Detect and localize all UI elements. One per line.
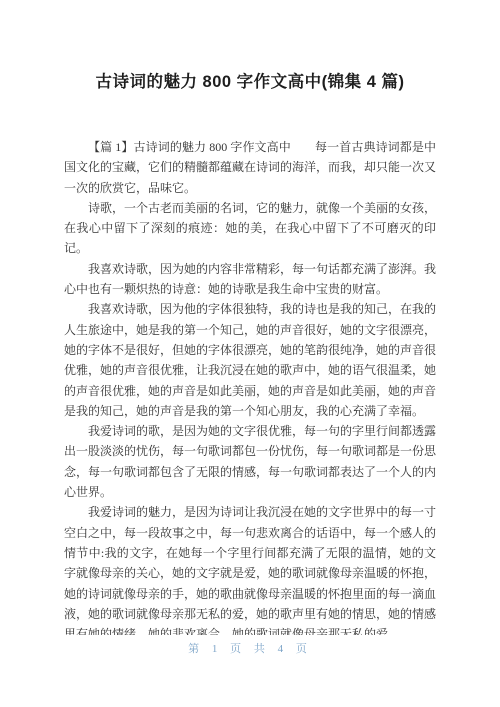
document-page: 古诗词的魅力 800 字作文高中(锦集 4 篇) 【篇 1】古诗词的魅力 800…: [0, 0, 500, 707]
body-paragraph-2: 诗歌，一个古老而美丽的名词，它的魅力，就像一个美丽的女孩，在我心中留下了深刻的痕…: [64, 198, 436, 259]
body-paragraph-5: 我爱诗词的歌，是因为她的文字很优雅，每一句的字里行间都透露出一股淡淡的忧伤，每一…: [64, 421, 436, 502]
page-number-indicator: 第 1 页 共 4 页: [0, 640, 500, 656]
body-paragraph-6: 我爱诗词的魅力，是因为诗词让我沉浸在她的文字世界中的每一寸空白之中，每一段故事之…: [64, 502, 436, 635]
document-body: 【篇 1】古诗词的魅力 800 字作文高中 每一首古典诗词都是中国文化的宝藏，它…: [64, 137, 436, 635]
body-paragraph-4: 我喜欢诗歌，因为他的字体很独特，我的诗也是我的知己，在我的人生旅途中，她是我的第…: [64, 299, 436, 421]
document-title: 古诗词的魅力 800 字作文高中(锦集 4 篇): [0, 0, 500, 93]
body-paragraph-1: 【篇 1】古诗词的魅力 800 字作文高中 每一首古典诗词都是中国文化的宝藏，它…: [64, 137, 436, 198]
body-paragraph-3: 我喜欢诗歌，因为她的内容非常精彩，每一句话都充满了澎湃。我心中也有一颗炽热的诗意…: [64, 259, 436, 300]
